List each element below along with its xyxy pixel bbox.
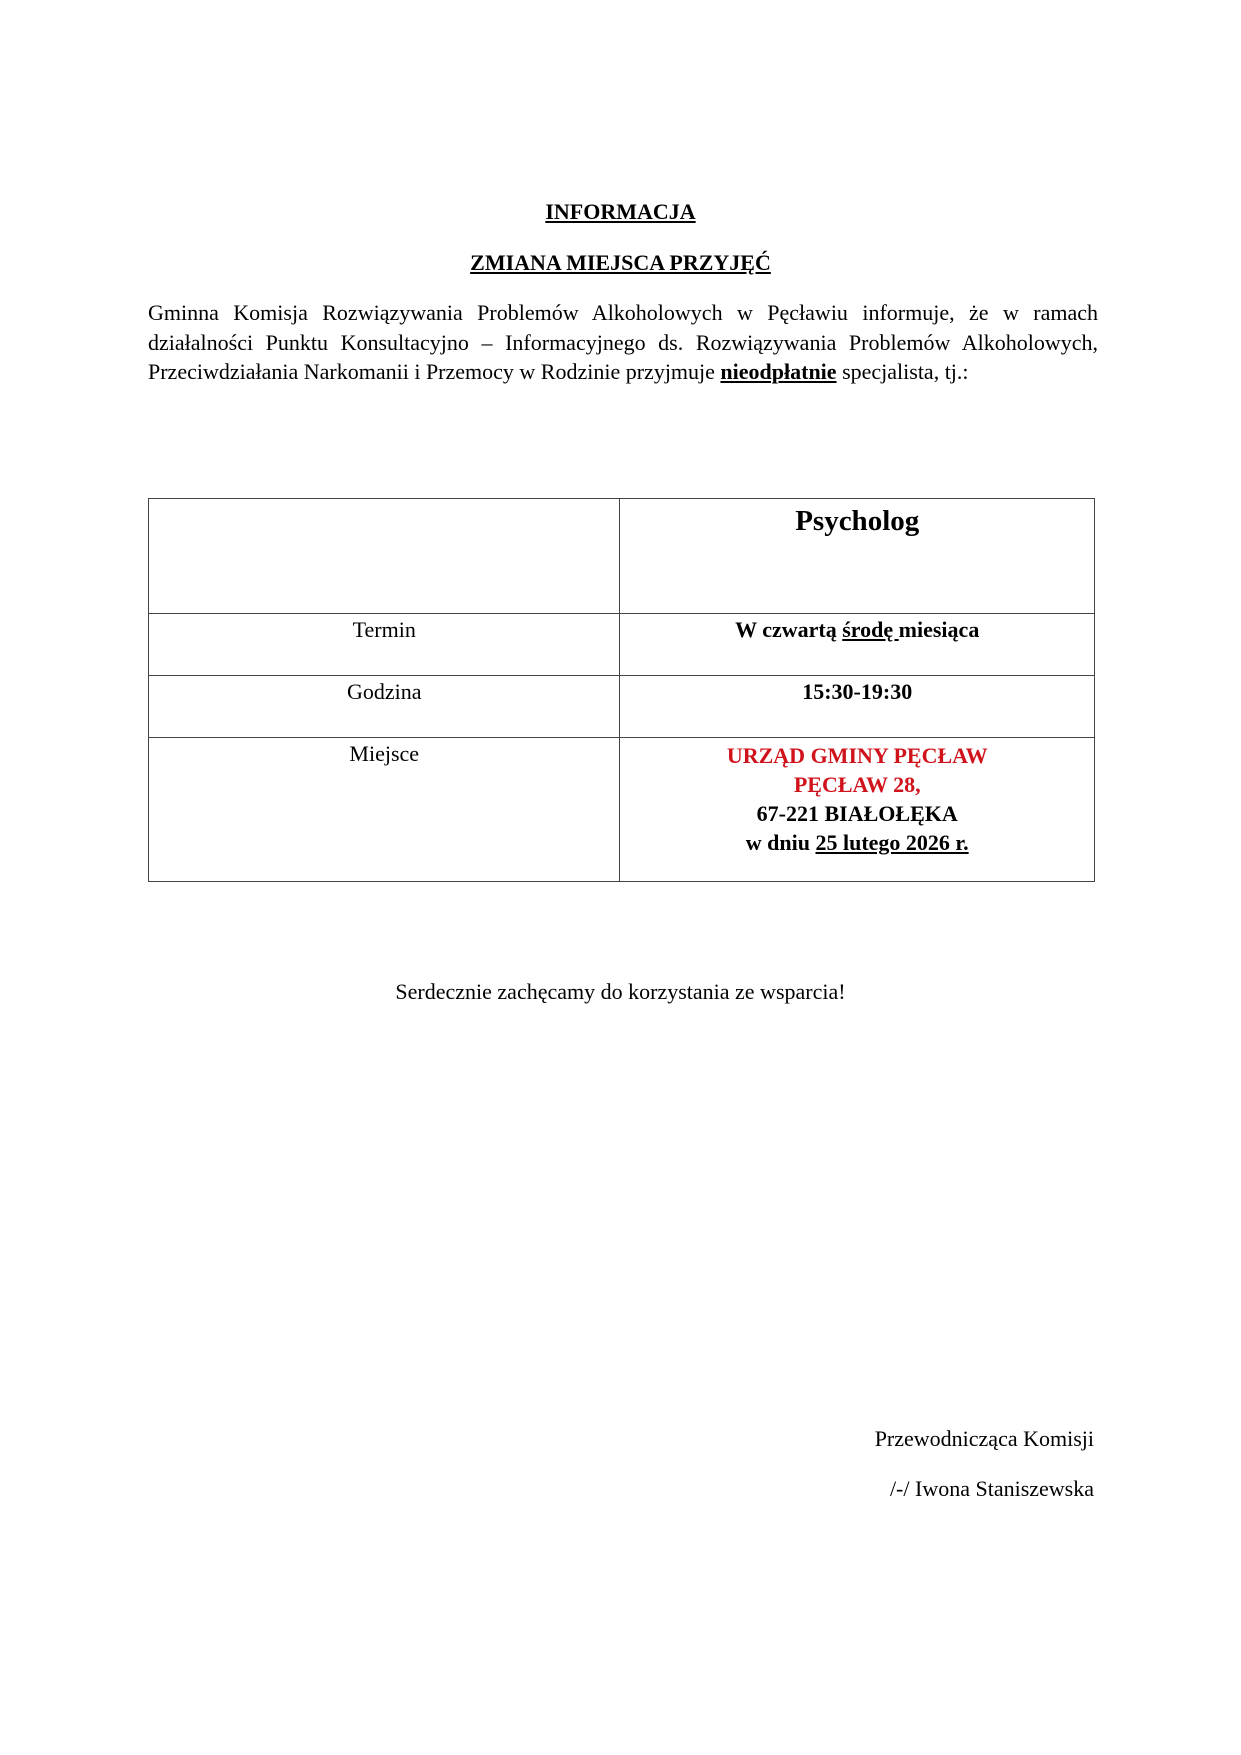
place-date: w dniu 25 lutego 2026 r. bbox=[626, 828, 1088, 857]
table-row: Godzina 15:30-19:30 bbox=[149, 676, 1095, 738]
termin-text: W czwartą bbox=[735, 617, 842, 642]
intro-paragraph: Gminna Komisja Rozwiązywania Problemów A… bbox=[148, 298, 1098, 387]
document-page: INFORMACJA ZMIANA MIEJSCA PRZYJĘĆ Gminna… bbox=[0, 0, 1241, 1755]
schedule-table: Psycholog Termin W czwartą środę miesiąc… bbox=[148, 498, 1095, 882]
place-postal: 67-221 BIAŁOŁĘKA bbox=[626, 799, 1088, 828]
row-value-termin: W czwartą środę miesiąca bbox=[620, 614, 1095, 676]
date-value: 25 lutego 2026 r. bbox=[815, 830, 968, 855]
table-header-row: Psycholog bbox=[149, 499, 1095, 614]
row-value-godzina: 15:30-19:30 bbox=[620, 676, 1095, 738]
date-prefix: w dniu bbox=[746, 830, 816, 855]
signature-role: Przewodnicząca Komisji bbox=[875, 1426, 1094, 1452]
document-title: INFORMACJA bbox=[0, 199, 1241, 225]
table-header-specialist: Psycholog bbox=[620, 499, 1095, 614]
document-subtitle: ZMIANA MIEJSCA PRZYJĘĆ bbox=[0, 250, 1241, 276]
table-row: Termin W czwartą środę miesiąca bbox=[149, 614, 1095, 676]
place-office: URZĄD GMINY PĘCŁAW bbox=[626, 741, 1088, 770]
row-label-termin: Termin bbox=[149, 614, 620, 676]
intro-text-end: specjalista, tj.: bbox=[837, 359, 969, 384]
termin-underlined: środę bbox=[842, 617, 898, 642]
place-address: PĘCŁAW 28, bbox=[626, 770, 1088, 799]
table-header-empty bbox=[149, 499, 620, 614]
closing-line: Serdecznie zachęcamy do korzystania ze w… bbox=[0, 979, 1241, 1005]
row-label-miejsce: Miejsce bbox=[149, 738, 620, 882]
intro-emphasis: nieodpłatnie bbox=[720, 359, 836, 384]
row-value-miejsce: URZĄD GMINY PĘCŁAW PĘCŁAW 28, 67-221 BIA… bbox=[620, 738, 1095, 882]
termin-text-end: miesiąca bbox=[899, 617, 980, 642]
specialist-label: Psycholog bbox=[626, 499, 1088, 538]
table-row: Miejsce URZĄD GMINY PĘCŁAW PĘCŁAW 28, 67… bbox=[149, 738, 1095, 882]
row-label-godzina: Godzina bbox=[149, 676, 620, 738]
signature-name: /-/ Iwona Staniszewska bbox=[890, 1476, 1094, 1502]
